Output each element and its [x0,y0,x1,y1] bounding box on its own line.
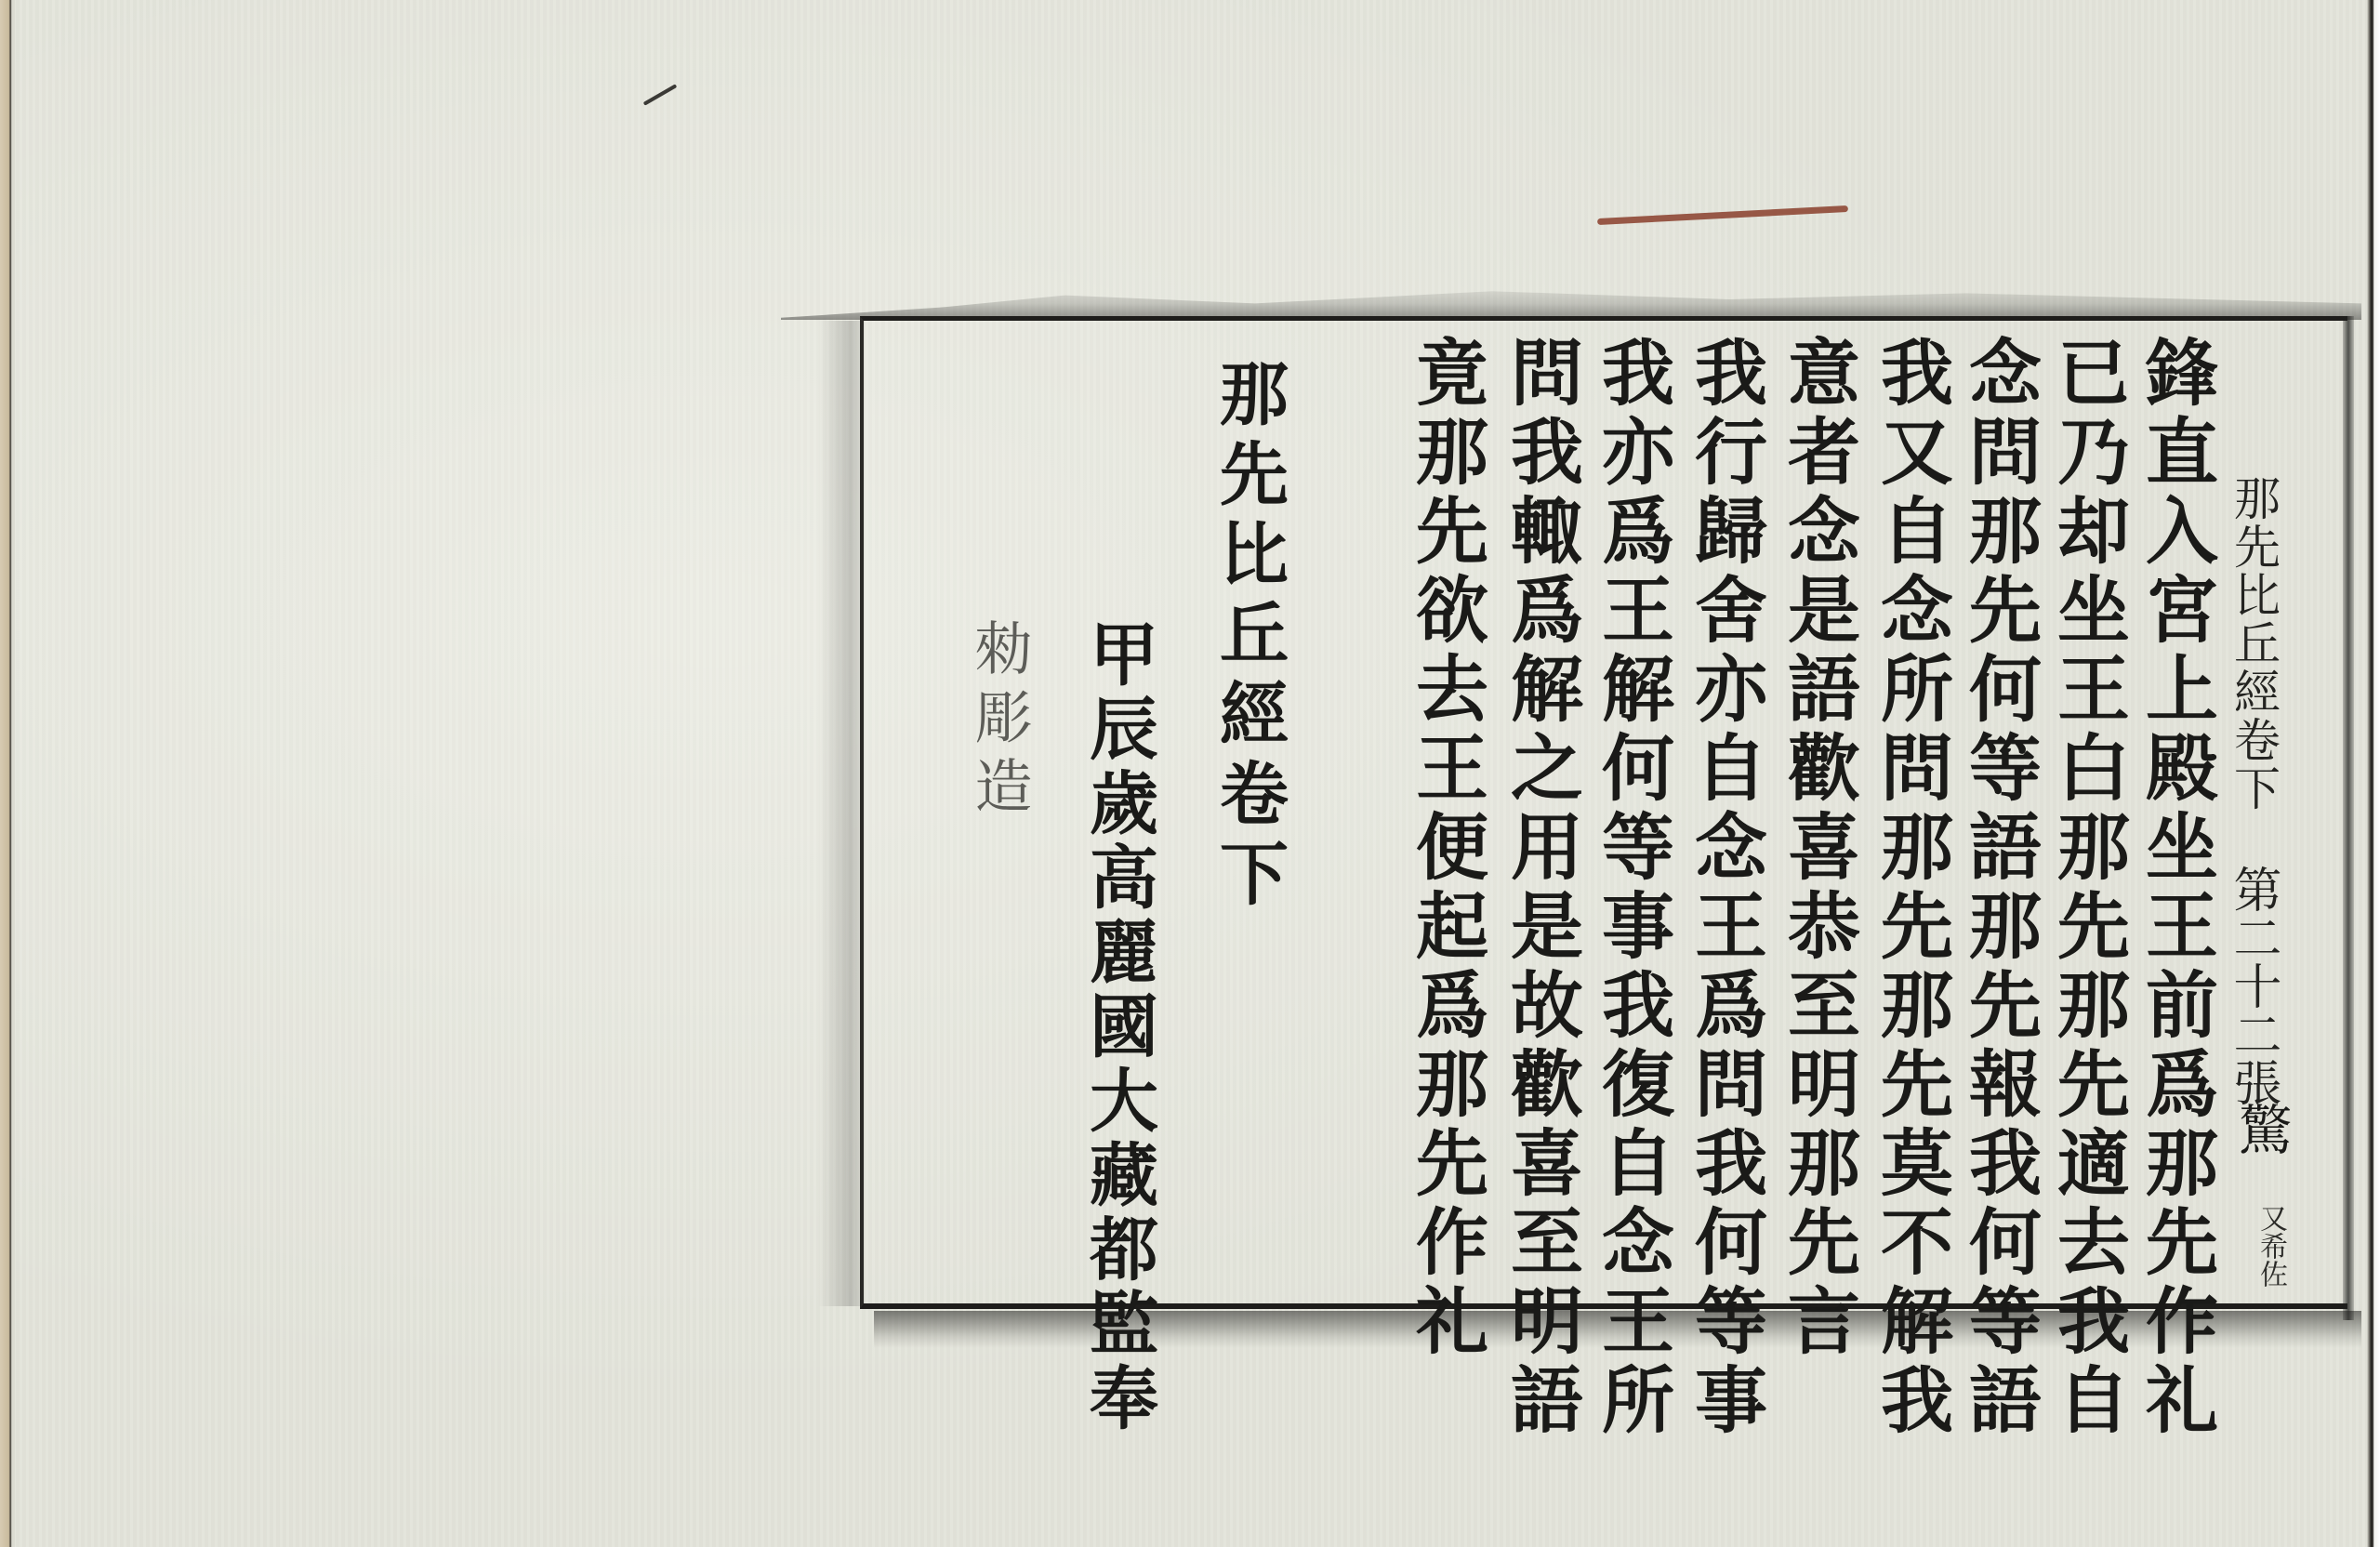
body-column-9: 竟那先欲去王便起爲那先作礼 [1399,335,1492,1362]
page-right-edge [2367,0,2380,1547]
body-column-3: 念問那先何等語那先報我何等語 [1952,335,2045,1441]
body-column-4: 我又自念所問那先那先莫不解我 [1864,335,1957,1441]
page-left-edge [0,0,15,1547]
colophon-date-line: 甲辰歲高麗國大藏都監奉 [1069,618,1168,1436]
margin-carver-note: 又希佐 [2250,1204,2291,1288]
ink-speck [643,84,678,105]
body-column-1: 鋒直入宮上殿坐王前爲那先作礼 [2129,335,2222,1441]
block-top-ink-smudge [781,279,2361,320]
closing-sutra-title: 那先比丘經卷下 [1199,358,1298,918]
red-pencil-mark [1597,205,1848,225]
body-column-7: 我亦爲王解何等事我復自念王所 [1585,335,1678,1441]
block-right-ink-edge [2343,316,2354,1320]
body-column-5: 意者念是語歡喜恭至明那先言 [1771,335,1864,1362]
body-column-6: 我行歸舍亦自念王爲問我何等事 [1678,335,1771,1441]
margin-sutra-title: 那先比丘經卷下 [2220,474,2287,813]
document-page: 那先比丘經卷下 第二十二張 驚 又希佐 鋒直入宮上殿坐王前爲那先作礼 已乃却坐王… [0,0,2380,1547]
margin-block-character: 驚 [2222,1102,2300,1156]
colophon-edict-line: 勑彫造 [958,618,1040,825]
block-left-ink-smudge [818,321,865,1306]
body-column-8: 問我輙爲解之用是故歡喜至明語 [1494,335,1587,1441]
margin-leaf-number: 第二十二張 [2218,865,2288,1106]
body-column-2: 已乃却坐王白那先那先適去我自 [2041,335,2134,1441]
